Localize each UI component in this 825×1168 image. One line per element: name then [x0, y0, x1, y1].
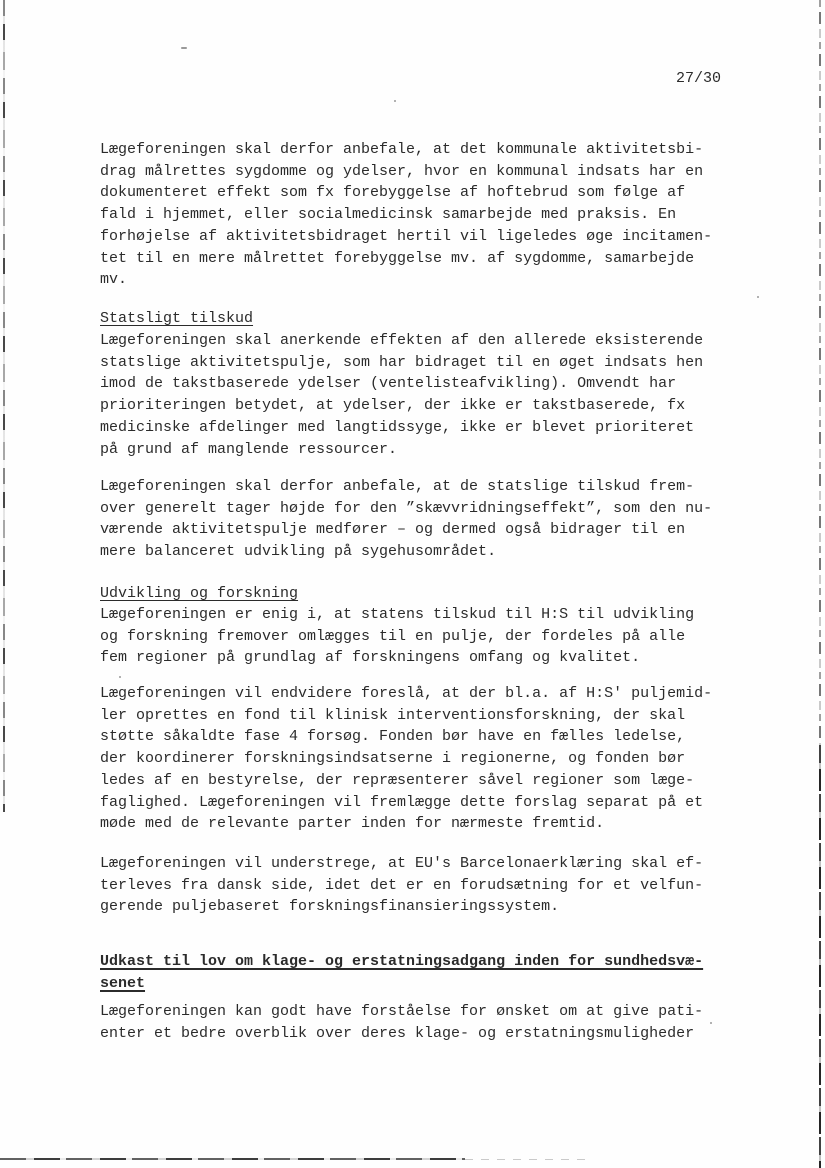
paragraph-klage-erstatningsmuligheder: Lægeforeningen kan godt have forståelse … [100, 1001, 740, 1044]
scan-artifact-right-edge-upper [819, 0, 821, 745]
paragraph-skaevvridningseffekt: Lægeforeningen skal derfor anbefale, at … [100, 476, 740, 563]
section-heading-statsligt-tilskud: Statsligt tilskud [100, 308, 740, 330]
scan-speck [394, 100, 396, 102]
paragraph-kommunalt-aktivitetsbidrag: Lægeforeningen skal derfor anbefale, at … [100, 139, 740, 291]
scan-artifact-bottom-line-faint [465, 1159, 585, 1160]
scan-artifact-bottom-line [0, 1158, 465, 1160]
scan-artifact-right-edge-lower [819, 745, 821, 1168]
paragraph-statens-tilskud-hs: Lægeforeningen er enig i, at statens til… [100, 604, 740, 669]
document-page: 27/30 Lægeforeningen skal derfor anbefal… [0, 0, 825, 1168]
paragraph-fond-interventionsforskning: Lægeforeningen vil endvidere foreslå, at… [100, 683, 740, 835]
scan-speck [181, 47, 187, 49]
scan-artifact-left-edge [3, 0, 5, 812]
section-heading-udvikling-og-forskning: Udvikling og forskning [100, 583, 740, 605]
scan-speck [119, 676, 121, 678]
paragraph-barcelonaerklaering: Lægeforeningen vil understrege, at EU's … [100, 853, 740, 918]
scan-speck [710, 1022, 712, 1024]
paragraph-statslige-aktivitetspulje: Lægeforeningen skal anerkende effekten a… [100, 330, 740, 460]
page-number: 27/30 [100, 68, 721, 90]
section-heading-udkast-til-lov: Udkast til lov om klage- og erstatningsa… [100, 951, 740, 994]
scan-speck [757, 296, 759, 298]
